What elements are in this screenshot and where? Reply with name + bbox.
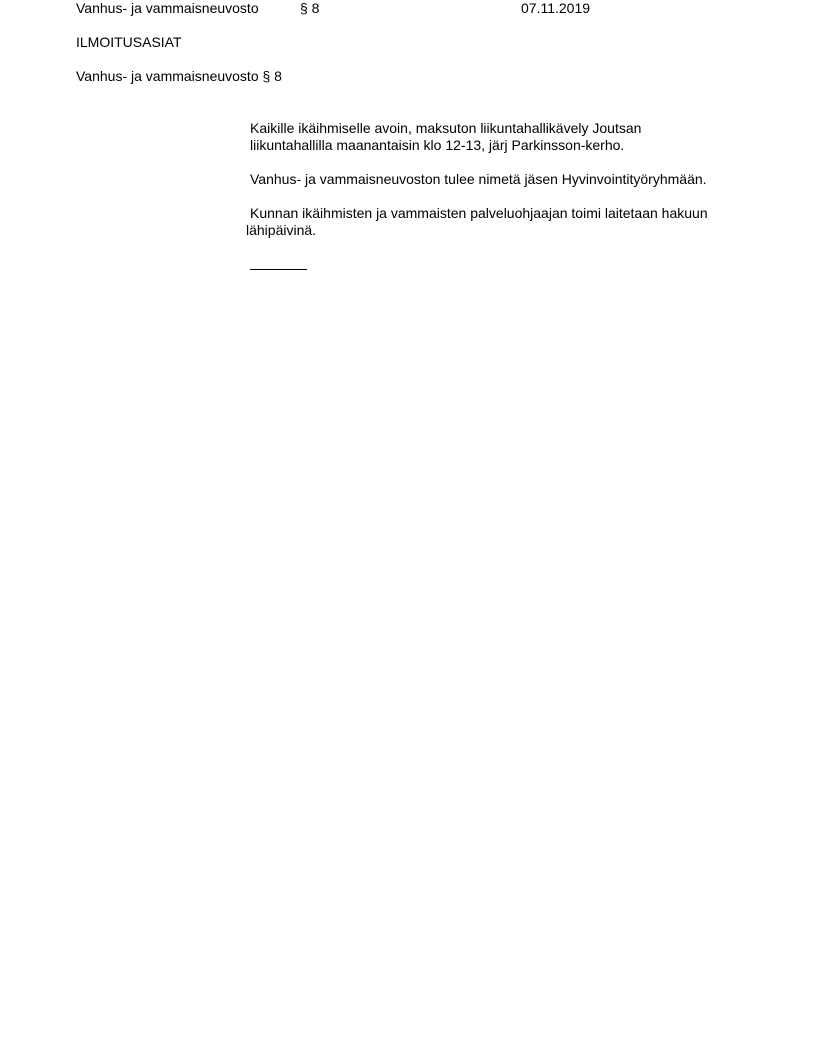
paragraph-2: Vanhus- ja vammaisneuvoston tulee nimetä…: [250, 171, 707, 187]
paragraph-3-line-2: lähipäivinä.: [246, 222, 316, 238]
header-organization: Vanhus- ja vammaisneuvosto: [76, 0, 259, 16]
end-of-section-rule: [250, 269, 307, 270]
paragraph-1-line-2: liikuntahallilla maanantaisin klo 12-13,…: [250, 137, 624, 153]
section-heading: ILMOITUSASIAT: [76, 34, 182, 50]
paragraph-3-line-1: Kunnan ikäihmisten ja vammaisten palvelu…: [250, 205, 708, 221]
paragraph-1-line-1: Kaikille ikäihmiselle avoin, maksuton li…: [250, 120, 641, 136]
header-date: 07.11.2019: [521, 0, 590, 16]
section-title: Vanhus- ja vammaisneuvosto § 8: [76, 68, 282, 84]
header-section-number: § 8: [300, 0, 319, 16]
